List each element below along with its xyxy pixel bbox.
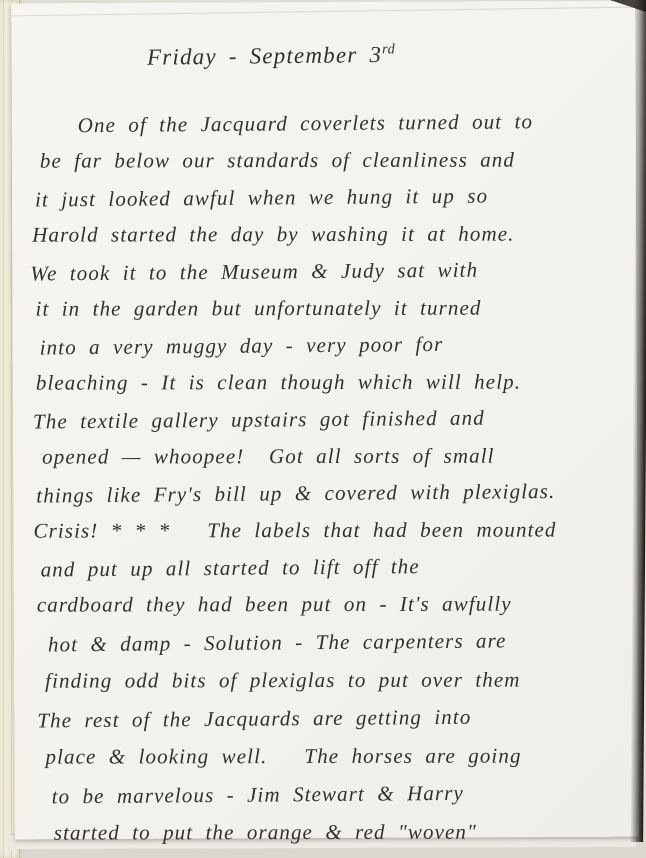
entry-date-text: Friday - September 3	[147, 42, 382, 70]
journal-line: finding odd bits of plexiglas to put ove…	[45, 660, 612, 699]
journal-page: Friday - September 3rd One of the Jacqua…	[11, 1, 639, 840]
journal-text: Friday - September 3rd One of the Jacqua…	[29, 11, 613, 852]
journal-line: The textile gallery upstairs got finishe…	[33, 398, 611, 440]
journal-line: started to put the orange & red "woven"	[54, 812, 613, 851]
entry-date-ordinal: rd	[382, 41, 395, 57]
journal-line: be far below our standards of cleanlines…	[40, 141, 610, 179]
journal-line: The rest of the Jacquards are getting in…	[37, 696, 612, 739]
journal-line: Harold started the day by washing it at …	[32, 215, 610, 253]
journal-line: One of the Jacquard coverlets turned out…	[78, 102, 610, 144]
journal-line: We took it to the Museum & Judy sat with	[30, 250, 610, 292]
journal-line: to be marvelous - Jim Stewart & Harry	[51, 772, 612, 815]
scanned-photo-backdrop: Friday - September 3rd One of the Jacqua…	[0, 0, 646, 858]
journal-line: cardboard they had been put on - It's aw…	[37, 585, 612, 623]
journal-line: hot & damp - Solution - The carpenters a…	[48, 620, 612, 663]
journal-line: opened — whoopee! Got all sorts of small	[42, 437, 611, 475]
journal-body: One of the Jacquard coverlets turned out…	[30, 103, 613, 852]
journal-line: it just looked awful when we hung it up …	[35, 176, 610, 218]
journal-line: and put up all started to lift off the	[40, 546, 611, 588]
entry-date-heading: Friday - September 3rd	[51, 13, 610, 98]
journal-line: into a very muggy day - very poor for	[40, 324, 611, 366]
journal-line: Crisis! * * * The labels that had been m…	[33, 511, 611, 549]
journal-line: place & looking well. The horses are goi…	[45, 736, 612, 775]
journal-line: bleaching - It is clean though which wil…	[36, 363, 611, 401]
journal-line: it in the garden but unfortunately it tu…	[35, 289, 610, 327]
journal-line: things like Fry's bill up & covered with…	[36, 472, 611, 514]
